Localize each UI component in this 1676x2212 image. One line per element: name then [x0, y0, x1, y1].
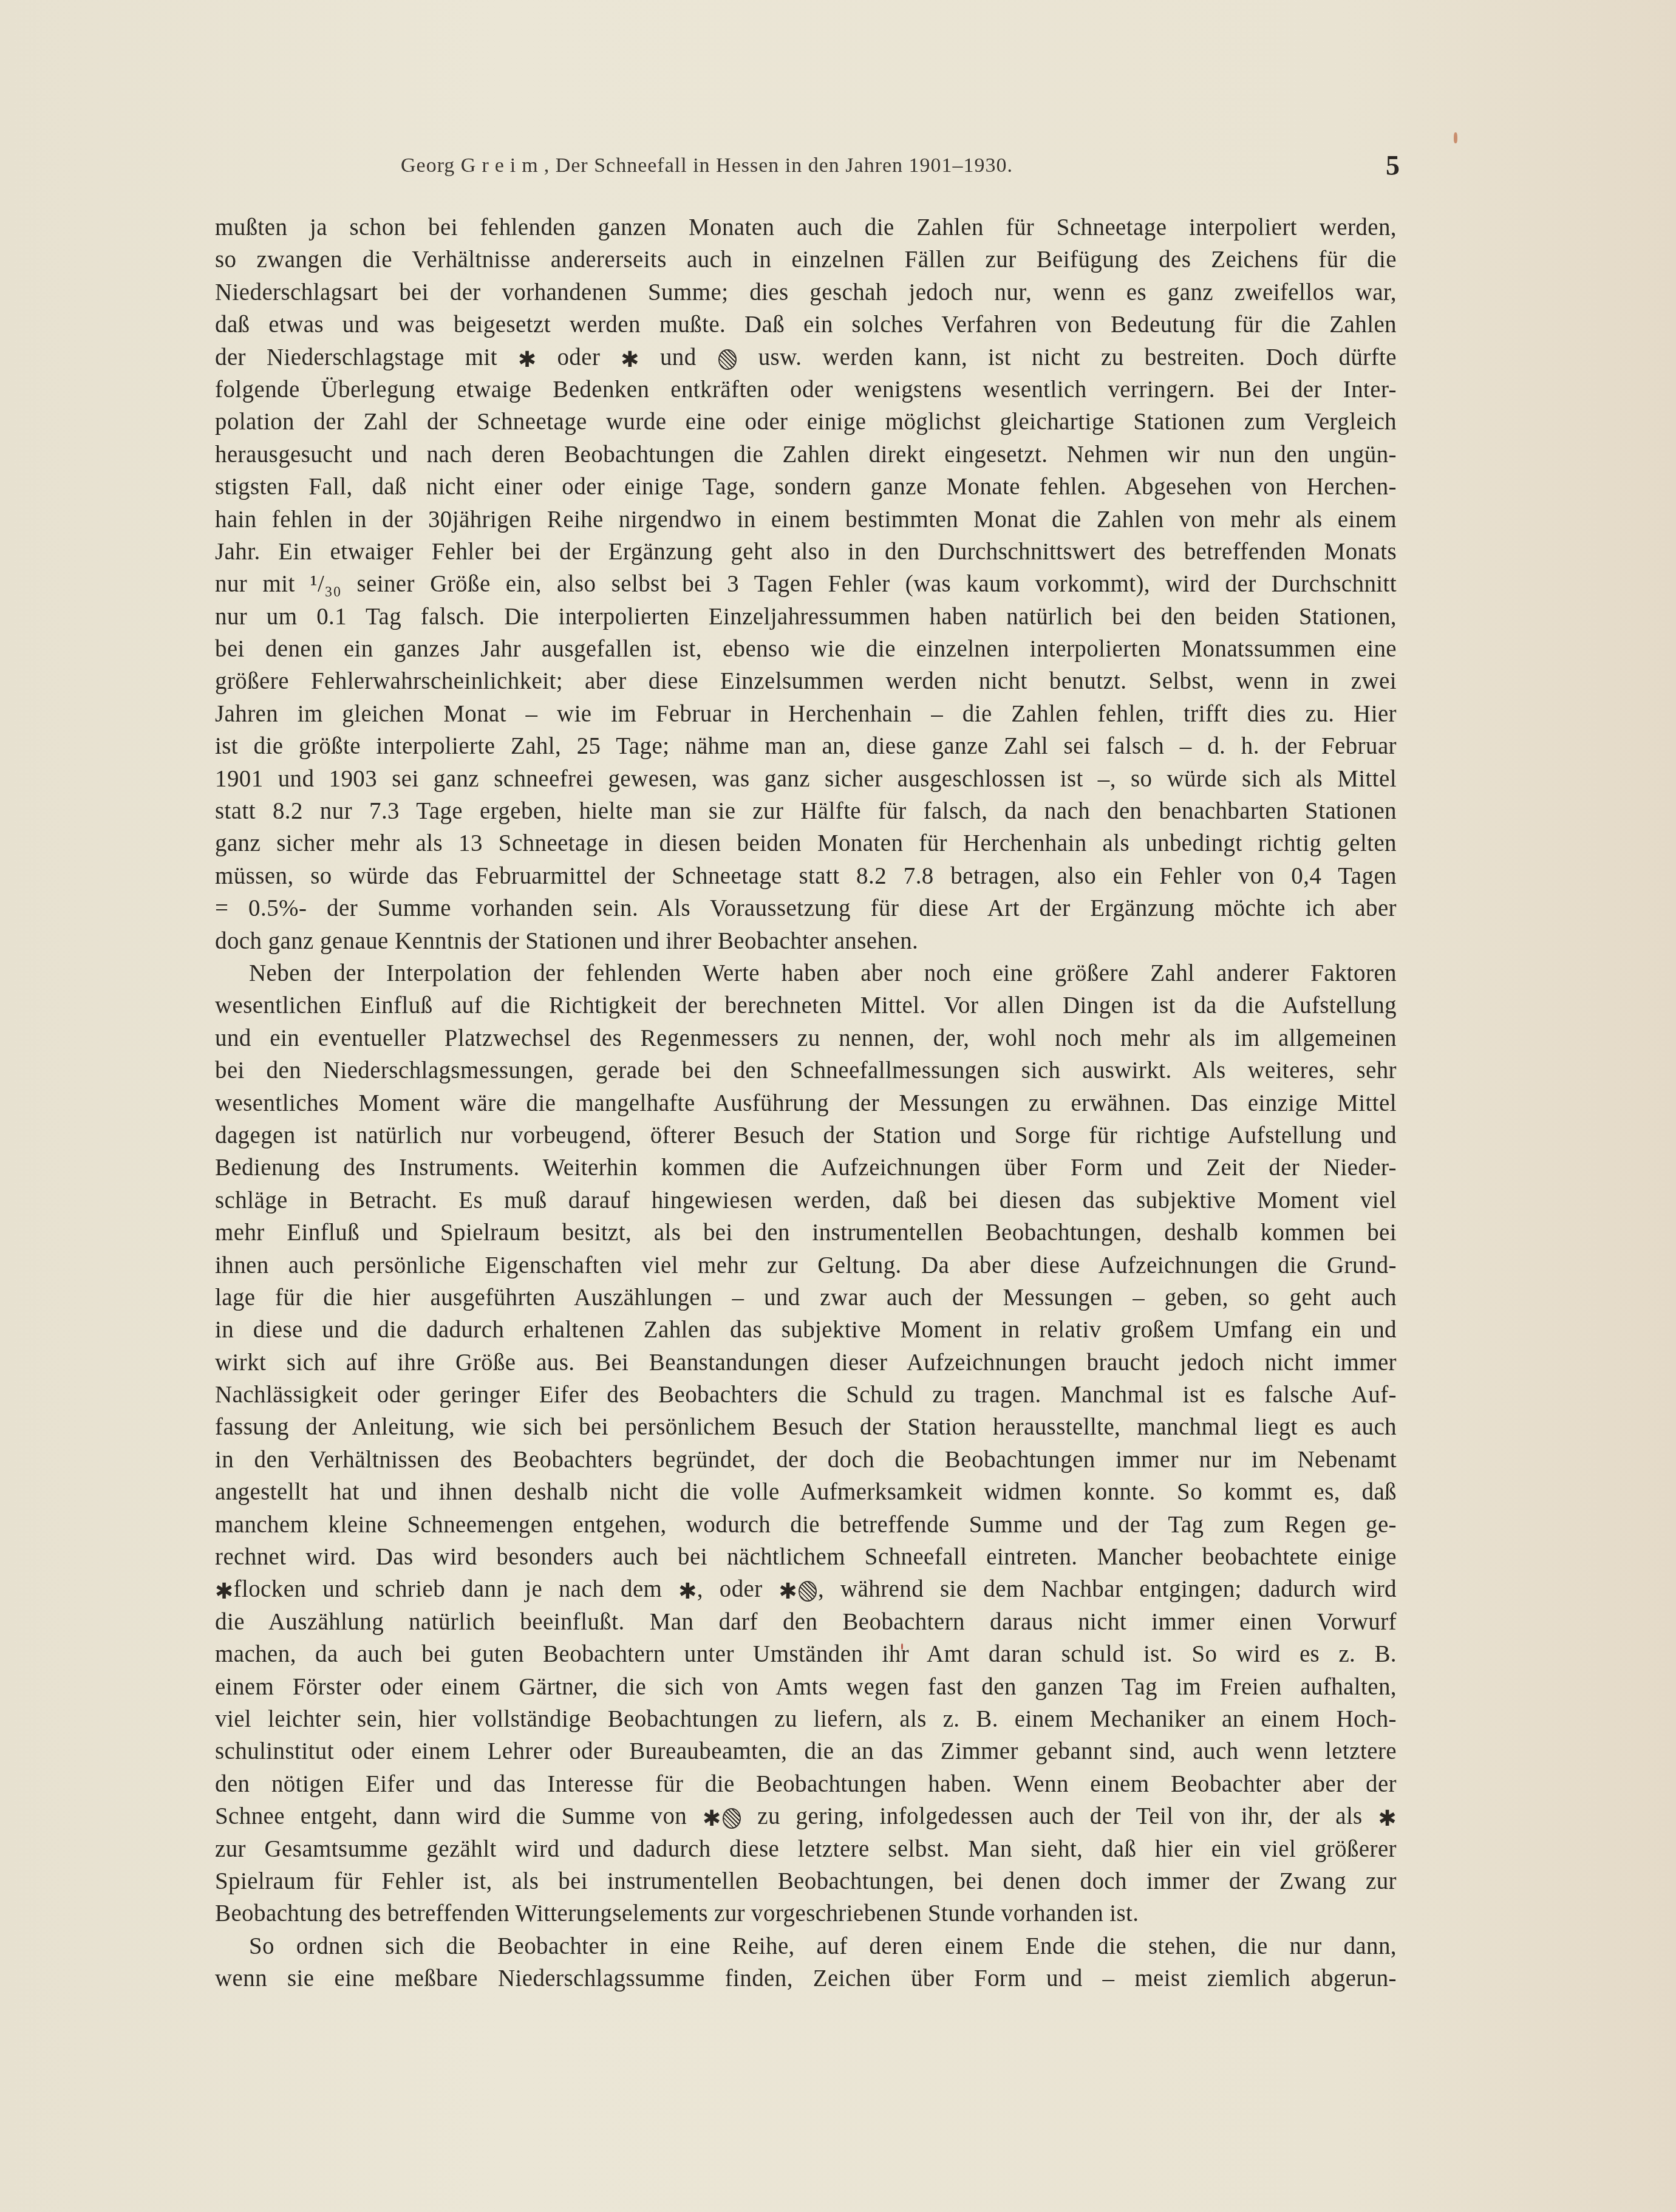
text-line: polation der Zahl der Schneetage wurde e…: [215, 406, 1397, 438]
document-page: Georg Greim, Der Schneefall in Hessen in…: [0, 0, 1676, 2212]
text-line: doch ganz genaue Kenntnis der Stationen …: [215, 925, 1397, 957]
author-last-name: Greim: [461, 154, 544, 177]
text-line: daß etwas und was beigesetzt werden mußt…: [215, 309, 1397, 341]
author-first-name: Georg: [401, 154, 455, 177]
text-line: Niederschlagsart bei der vorhandenen Sum…: [215, 276, 1397, 309]
text-line: fassung der Anleitung, wie sich bei pers…: [215, 1411, 1397, 1443]
text-line: größere Fehlerwahrscheinlichkeit; aber d…: [215, 665, 1397, 697]
running-title: , Der Schneefall in Hessen in den Jahren…: [544, 154, 1013, 177]
page-number: 5: [1386, 149, 1400, 182]
text-line: und ein eventueller Platzwechsel des Reg…: [215, 1022, 1397, 1054]
text-line: wenn sie eine meßbare Niederschlagssumme…: [215, 1962, 1397, 1995]
text-line: nur um 0.1 Tag falsch. Die interpolierte…: [215, 601, 1397, 633]
text-line: Bedienung des Instruments. Weiterhin kom…: [215, 1152, 1397, 1184]
precipitation-hatched-symbol-icon: [718, 349, 737, 370]
text-line: Nachlässigkeit oder geringer Eifer des B…: [215, 1379, 1397, 1411]
snow-symbol-icon: ✱: [678, 1580, 697, 1602]
precipitation-hatched-symbol-icon: [799, 1581, 817, 1602]
text-line: wesentlichen Einfluß auf die Richtigkeit…: [215, 989, 1397, 1022]
text-line: manchem kleine Schneemengen entgehen, wo…: [215, 1509, 1397, 1541]
text-line: bei den Niederschlagsmessungen, gerade b…: [215, 1054, 1397, 1087]
text-line: stigsten Fall, daß nicht einer oder eini…: [215, 471, 1397, 503]
text-line: Beobachtung des betreffenden Witterungse…: [215, 1897, 1397, 1930]
text-line: herausgesucht und nach deren Beobachtung…: [215, 439, 1397, 471]
text-line: wesentliches Moment wäre die mangelhafte…: [215, 1087, 1397, 1119]
text-line: machen, da auch bei guten Beobachtern un…: [215, 1638, 1397, 1670]
text-line: in diese und die dadurch erhaltenen Zahl…: [215, 1314, 1397, 1346]
text-line: angestellt hat und ihnen deshalb nicht d…: [215, 1476, 1397, 1508]
text-line: Schnee entgeht, dann wird die Summe von …: [215, 1800, 1397, 1832]
text-line: ganz sicher mehr als 13 Schneetage in di…: [215, 827, 1397, 859]
body-text: mußten ja schon bei fehlenden ganzen Mon…: [215, 211, 1397, 1995]
text-line: dagegen ist natürlich nur vorbeugend, öf…: [215, 1119, 1397, 1152]
snow-symbol-icon: ✱: [703, 1807, 721, 1829]
text-line: So ordnen sich die Beobachter in eine Re…: [215, 1930, 1397, 1962]
text-line: lage für die hier ausgeführten Auszählun…: [215, 1282, 1397, 1314]
text-line: ist die größte interpolierte Zahl, 25 Ta…: [215, 730, 1397, 762]
text-line: Jahren im gleichen Monat – wie im Februa…: [215, 698, 1397, 730]
text-line: ✱flocken und schrieb dann je nach dem ✱,…: [215, 1573, 1397, 1605]
text-line: 1901 und 1903 sei ganz schneefrei gewese…: [215, 763, 1397, 795]
text-line: Neben der Interpolation der fehlenden We…: [215, 957, 1397, 989]
text-line: Spielraum für Fehler ist, als bei instru…: [215, 1865, 1397, 1897]
text-line: mußten ja schon bei fehlenden ganzen Mon…: [215, 211, 1397, 244]
text-line: nur mit ¹/₃₀ seiner Größe ein, also selb…: [215, 568, 1397, 600]
text-line: hain fehlen in der 30jährigen Reihe nirg…: [215, 504, 1397, 536]
text-line: so zwangen die Verhältnisse andererseits…: [215, 244, 1397, 276]
snow-symbol-icon: ✱: [1378, 1807, 1397, 1829]
snow-symbol-icon: ✱: [621, 349, 639, 370]
text-line: den nötigen Eifer und das Interesse für …: [215, 1768, 1397, 1800]
text-line: Jahr. Ein etwaiger Fehler bei der Ergänz…: [215, 536, 1397, 568]
text-line: schläge in Betracht. Es muß darauf hinge…: [215, 1184, 1397, 1217]
snow-symbol-icon: ✱: [778, 1580, 797, 1602]
text-line: einem Förster oder einem Gärtner, die si…: [215, 1671, 1397, 1703]
text-line: der Niederschlagstage mit ✱ oder ✱ und u…: [215, 341, 1397, 374]
snow-symbol-icon: ✱: [215, 1580, 234, 1602]
paper-fleck: [901, 1644, 903, 1650]
precipitation-hatched-symbol-icon: [723, 1808, 741, 1829]
text-line: ihnen auch persönliche Eigenschaften vie…: [215, 1249, 1397, 1282]
text-line: statt 8.2 nur 7.3 Tage ergeben, hielte m…: [215, 795, 1397, 827]
text-line: folgende Überlegung etwaige Bedenken ent…: [215, 374, 1397, 406]
text-line: wirkt sich auf ihre Größe aus. Bei Beans…: [215, 1347, 1397, 1379]
text-line: zur Gesamtsumme gezählt wird und dadurch…: [215, 1833, 1397, 1865]
text-line: viel leichter sein, hier vollständige Be…: [215, 1703, 1397, 1735]
text-line: rechnet wird. Das wird besonders auch be…: [215, 1541, 1397, 1573]
snow-symbol-icon: ✱: [518, 349, 537, 370]
text-line: schulinstitut oder einem Lehrer oder Bur…: [215, 1735, 1397, 1767]
text-line: in den Verhältnissen des Beobachters beg…: [215, 1444, 1397, 1476]
text-line: müssen, so würde das Februarmittel der S…: [215, 860, 1397, 892]
paper-fleck: [1454, 132, 1457, 143]
text-line: = 0.5%- der Summe vorhanden sein. Als Vo…: [215, 892, 1397, 924]
running-head: Georg Greim, Der Schneefall in Hessen in…: [401, 154, 1433, 177]
text-line: die Auszählung natürlich beeinflußt. Man…: [215, 1606, 1397, 1638]
text-line: mehr Einfluß und Spielraum besitzt, als …: [215, 1217, 1397, 1249]
text-line: bei denen ein ganzes Jahr ausgefallen is…: [215, 633, 1397, 665]
